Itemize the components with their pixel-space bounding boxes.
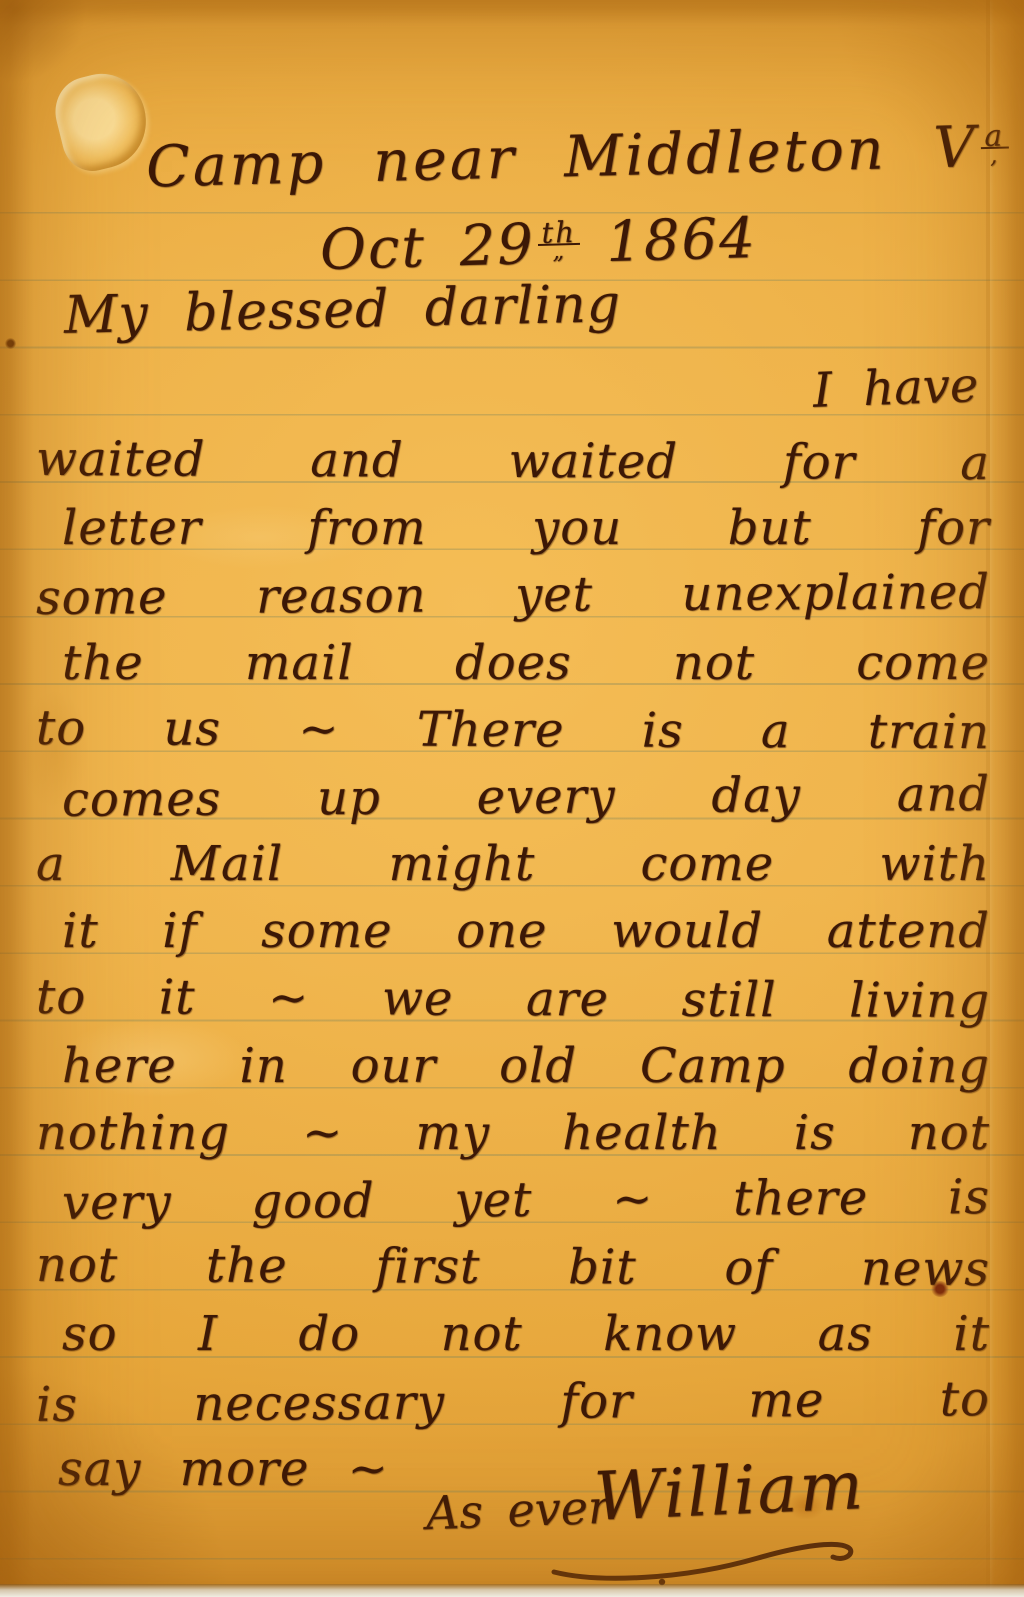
- letter-line: here in our old Camp doing: [0, 1033, 1024, 1100]
- heading-date-text: Oct 29: [319, 212, 536, 283]
- letter-line: letter from you but for: [0, 495, 1024, 562]
- embossed-seal: [48, 65, 156, 177]
- letter-line: some reason yet unexplained: [0, 559, 1024, 632]
- letter-page: Camp near Middleton Va, Oct 29th„1864 My…: [0, 0, 1024, 1597]
- signature-flourish-icon: [550, 1536, 862, 1588]
- letter-line: waited and waited for a: [0, 426, 1024, 498]
- heading-place-text: Camp near Middleton V: [145, 114, 978, 200]
- letter-line: to it ~ we are still living: [0, 963, 1024, 1035]
- heading-place: Camp near Middleton Va,: [145, 113, 1010, 200]
- letter-line: a Mail might come with: [0, 831, 1024, 898]
- letter-line: not the first bit of news: [0, 1232, 1024, 1304]
- letter-line: is necessary for me to: [0, 1365, 1024, 1438]
- letter-line: to us ~ There is a train: [0, 695, 1024, 767]
- letter-line: so I do not know as it: [0, 1301, 1024, 1368]
- signature: William: [592, 1446, 866, 1536]
- superscript-ordinal: th„: [537, 223, 580, 260]
- salutation: My blessed darling: [63, 274, 621, 346]
- letter-body: waited and waited for a letter from you …: [0, 428, 1024, 1503]
- ink-stain: [5, 338, 16, 349]
- letter-line: the mail does not come: [0, 630, 1024, 697]
- heading-date-year: 1864: [605, 206, 757, 275]
- superscript-abbreviation: a,: [980, 126, 1010, 163]
- letter-line: it if some one would attend: [0, 898, 1024, 965]
- letter-line: very good yet ~ there is: [0, 1164, 1024, 1237]
- heading-date: Oct 29th„1864: [319, 206, 757, 283]
- opening-line: I have: [812, 357, 979, 419]
- letter-line: nothing ~ my health is not: [0, 1100, 1024, 1167]
- scan-edge: [0, 1584, 1024, 1597]
- closing-phrase: As ever: [425, 1480, 611, 1540]
- letter-line: comes up every day and: [0, 761, 1024, 834]
